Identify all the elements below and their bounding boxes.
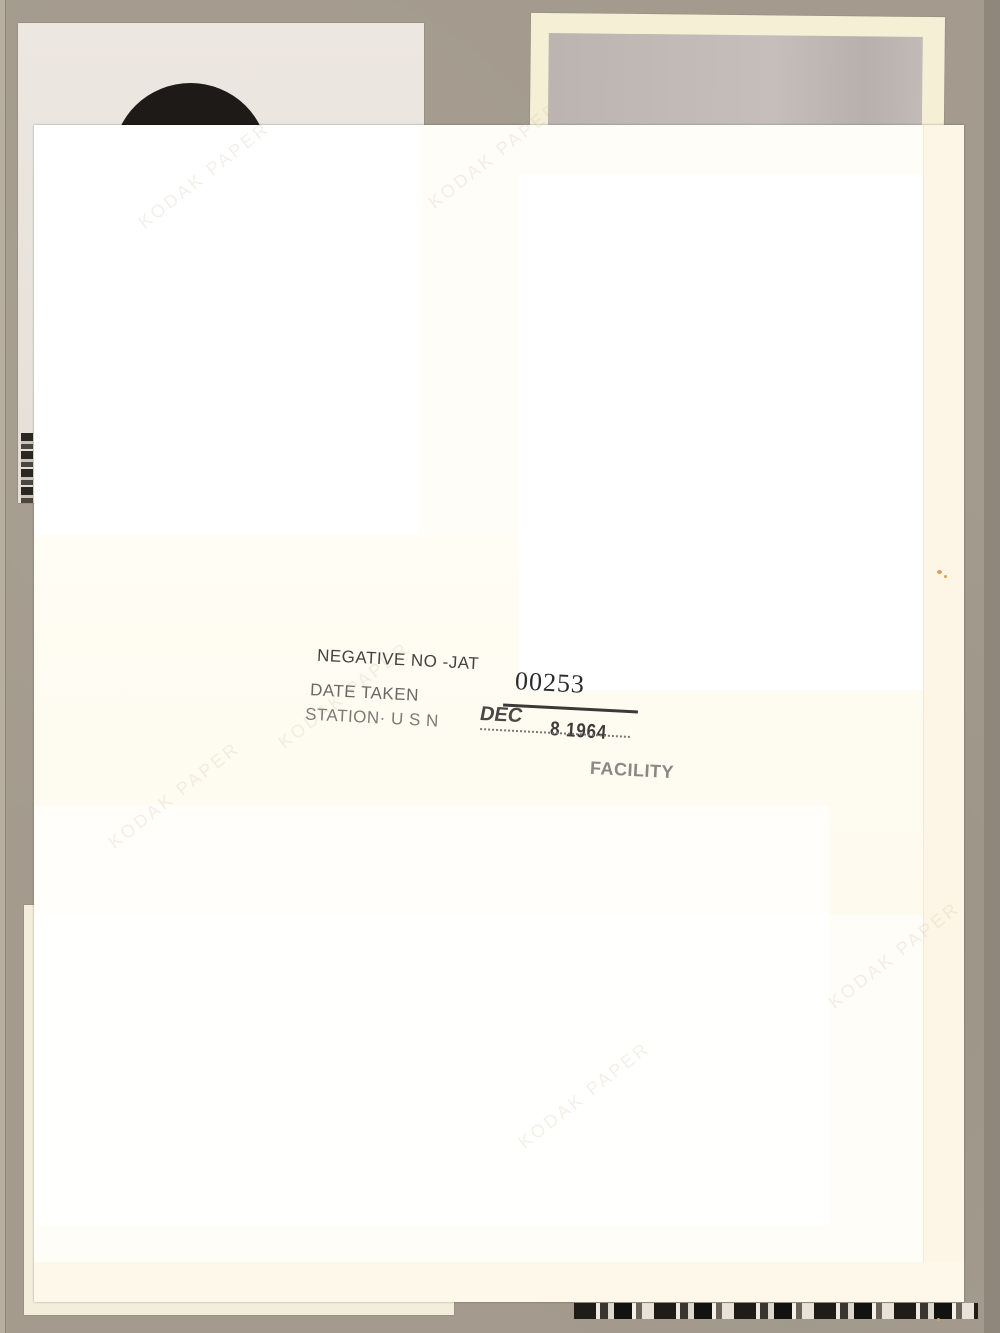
album-page-right-edge: [984, 0, 1000, 1333]
negative-stamp: NEGATIVE NO -JAT 00253 DATE TAKEN DEC 8 …: [305, 650, 745, 790]
negative-number-value: 00253: [514, 666, 585, 700]
plaid-photo-strip: [574, 1303, 978, 1319]
negative-number-label: NEGATIVE NO -JAT: [317, 646, 480, 674]
station-facility: FACILITY: [590, 758, 675, 783]
foxing-stain: [937, 1318, 940, 1321]
sheet-bright-area: [519, 175, 924, 690]
foxing-stain: [944, 575, 947, 578]
sheet-bright-area: [34, 805, 829, 1225]
date-taken-month: DEC: [478, 703, 525, 728]
sheet-bright-area: [34, 125, 419, 535]
plaid-shirt-fragment: [21, 433, 33, 503]
sheet-right-margin: [923, 125, 964, 1302]
station-label: STATION· U S N: [305, 705, 440, 732]
album-page-left-edge: [0, 0, 6, 1333]
sheet-bottom-margin: [34, 1262, 964, 1302]
foxing-stain: [937, 570, 942, 574]
date-taken-label: DATE TAKEN: [310, 680, 420, 706]
